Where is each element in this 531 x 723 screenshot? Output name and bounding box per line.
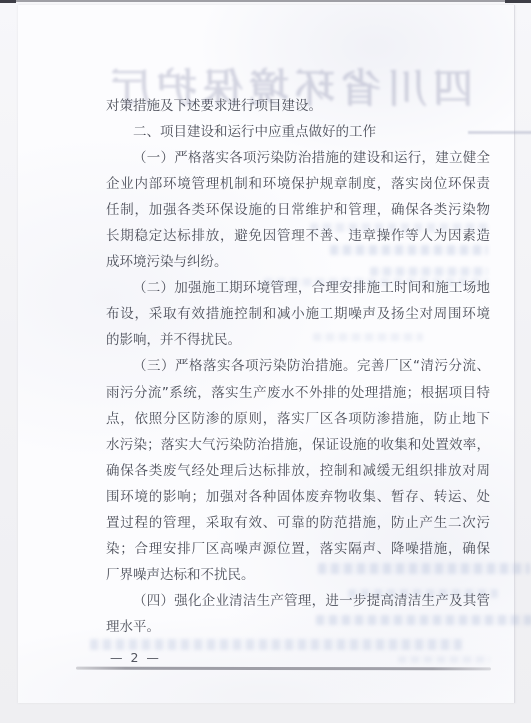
scan-top-edge: [0, 0, 531, 2]
text-line: 雨污分流”系统，落实生产废水不外排的处理措施；根据项目特: [106, 380, 490, 406]
scanned-document: 四川省环境保护厅 对策措施及下述要求进行项目建设。 二、项目建设和运行中应重点做…: [0, 0, 531, 723]
text-line: 成环境污染与纠纷。: [106, 249, 490, 275]
text-line: 染；合理安排厂区高噪声源位置，落实隔声、降噪措施，确保: [106, 536, 490, 562]
page-number: — 2 —: [110, 650, 161, 665]
bleedthrough-smudge: [398, 656, 490, 663]
text-line: 的影响，并不得扰民。: [106, 327, 490, 353]
text-line: 任制，加强各类环保设施的日常维护和管理，确保各类污染物: [106, 197, 490, 223]
document-page: 四川省环境保护厅 对策措施及下述要求进行项目建设。 二、项目建设和运行中应重点做…: [18, 5, 515, 703]
text-line: （三）严格落实各项污染防治措施。完善厂区“清污分流、: [106, 353, 490, 379]
text-line: 理水平。: [106, 614, 490, 640]
scan-corner-mark-left: [0, 0, 16, 3]
text-line: 厂界噪声达标和不扰民。: [106, 562, 490, 588]
scan-corner-mark-right: [505, 0, 531, 3]
text-line: 置过程的管理，采取有效、可靠的防范措施，防止产生二次污: [106, 510, 490, 536]
text-line: 布设，采取有效措施控制和减小施工期噪声及扬尘对周围环境: [106, 301, 490, 327]
text-line: （一）严格落实各项污染防治措施的建设和运行，建立健全: [106, 145, 490, 171]
text-line: （四）强化企业清洁生产管理，进一步提高清洁生产及其管: [106, 588, 490, 614]
text-line: 企业内部环境管理机制和环境保护规章制度，落实岗位环保责: [106, 171, 490, 197]
text-line: 水污染；落实大气污染防治措施，保证设施的收集和处置效率，: [106, 432, 490, 458]
text-line: 围环境的影响；加强对各种固体废弃物收集、暂存、转运、处: [106, 484, 490, 510]
text-line: 长期稳定达标排放，避免因管理不善、违章操作等人为因素造: [106, 223, 490, 249]
text-line: （二）加强施工期环境管理，合理安排施工时间和施工场地: [106, 275, 490, 301]
bleedthrough-smudge: [90, 639, 462, 650]
text-line: 二、项目建设和运行中应重点做好的工作: [106, 119, 490, 145]
document-body: 对策措施及下述要求进行项目建设。 二、项目建设和运行中应重点做好的工作 （一）严…: [106, 93, 490, 640]
text-line: 确保各类废气经处理后达标排放，控制和减缓无组织排放对周: [106, 458, 490, 484]
text-line: 点，依照分区防渗的原则，落实厂区各项防渗措施，防止地下: [106, 406, 490, 432]
footer-divider-line: [76, 667, 491, 671]
text-line: 对策措施及下述要求进行项目建设。: [106, 93, 490, 119]
